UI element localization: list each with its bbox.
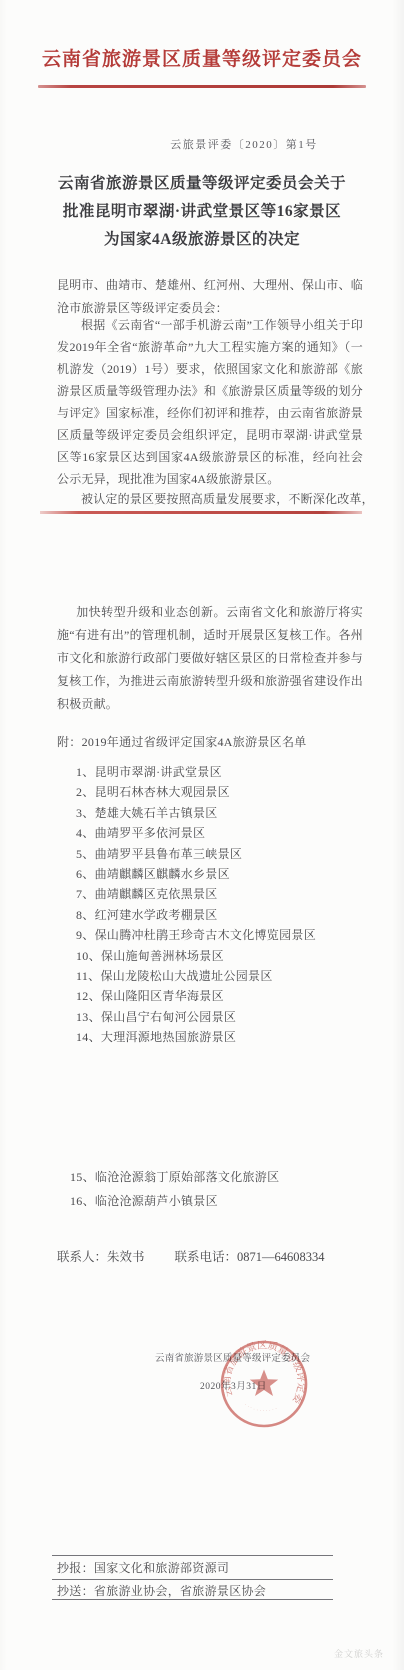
footer-divider-top	[52, 1555, 333, 1556]
list-item: 6、曲靖麒麟区麒麟水乡景区	[76, 864, 376, 884]
doc-number: 云旅景评委〔2020〕第1号	[0, 136, 404, 152]
document-page: 云南省旅游景区质量等级评定委员会 云旅景评委〔2020〕第1号 云南省旅游景区质…	[0, 0, 404, 1670]
page-break-red-rule	[40, 511, 362, 514]
paragraph-2-part1: 被认定的景区要按照高质量发展要求，不断深化改革，	[57, 488, 363, 511]
attachment-list-page1: 1、昆明市翠湖·讲武堂景区 2、昆明石林杏林大观园景区 3、楚雄大姚石羊古镇景区…	[76, 762, 376, 1047]
watermark: 金文旅头条	[334, 1647, 384, 1660]
list-item: 2、昆明石林杏林大观园景区	[76, 782, 376, 802]
notice-title-line1: 云南省旅游景区质量等级评定委员会关于	[10, 170, 394, 198]
committee-header: 云南省旅游景区质量等级评定委员会	[0, 44, 404, 71]
list-item: 7、曲靖麒麟区克依黑景区	[76, 884, 376, 904]
contact-person: 联系人：朱效书	[57, 1250, 145, 1264]
paragraph-1: 根据《云南省“一部手机游云南”工作领导小组关于印发2019年全省“旅游革命”九大…	[57, 314, 363, 490]
footer-copy-send: 抄送：省旅游业协会，省旅游景区协会	[57, 1582, 357, 1599]
list-item: 5、曲靖罗平县鲁布革三峡景区	[76, 844, 376, 864]
list-item: 1、昆明市翠湖·讲武堂景区	[76, 762, 376, 782]
header-red-rule	[38, 85, 366, 88]
attachment-heading: 附：2019年通过省级评定国家4A旅游景区名单	[57, 731, 377, 754]
svg-text:···········: ···········	[244, 1402, 280, 1413]
footer-divider-bottom	[52, 1599, 333, 1600]
contact-phone: 联系电话：0871—64608334	[175, 1250, 325, 1264]
svg-text:云南省旅游景区质量等级评定委员会: 云南省旅游景区质量等级评定委员会	[218, 1338, 307, 1405]
official-seal: 云南省旅游景区质量等级评定委员会 ···········	[218, 1338, 310, 1430]
contact-row: 联系人：朱效书联系电话：0871—64608334	[57, 1247, 387, 1265]
seal-arc-text: 云南省旅游景区质量等级评定委员会	[218, 1338, 307, 1405]
list-item: 15、临沧沧源翁丁原始部落文化旅游区	[70, 1165, 380, 1189]
list-item: 16、临沧沧源葫芦小镇景区	[70, 1189, 380, 1213]
seal-star-icon	[250, 1370, 278, 1397]
footer-divider-middle	[52, 1579, 333, 1580]
notice-title-line3: 为国家4A级旅游景区的决定	[10, 226, 394, 254]
notice-title: 云南省旅游景区质量等级评定委员会关于 批准昆明市翠湖·讲武堂景区等16家景区 为…	[10, 170, 394, 254]
list-item: 9、保山腾冲杜鹃王珍奇古木文化博览园景区	[76, 925, 376, 945]
attachment-list-page2: 15、临沧沧源翁丁原始部落文化旅游区 16、临沧沧源葫芦小镇景区	[70, 1165, 380, 1213]
list-item: 11、保山龙陵松山大战遗址公园景区	[76, 966, 376, 986]
paragraph-2-part2: 加快转型升级和业态创新。云南省文化和旅游厅将实施“有进有出”的管理机制，适时开展…	[57, 601, 363, 716]
list-item: 10、保山施甸善洲林场景区	[76, 946, 376, 966]
notice-title-line2: 批准昆明市翠湖·讲武堂景区等16家景区	[10, 198, 394, 226]
list-item: 4、曲靖罗平多依河景区	[76, 823, 376, 843]
list-item: 3、楚雄大姚石羊古镇景区	[76, 803, 376, 823]
seal-code-marks: ···········	[244, 1402, 280, 1413]
list-item: 8、红河建水学政考棚景区	[76, 905, 376, 925]
footer-copy-report: 抄报：国家文化和旅游部资源司	[57, 1559, 357, 1576]
list-item: 14、大理洱源地热国旅游景区	[76, 1027, 376, 1047]
list-item: 13、保山昌宁右甸河公园景区	[76, 1007, 376, 1027]
list-item: 12、保山隆阳区青华海景区	[76, 986, 376, 1006]
